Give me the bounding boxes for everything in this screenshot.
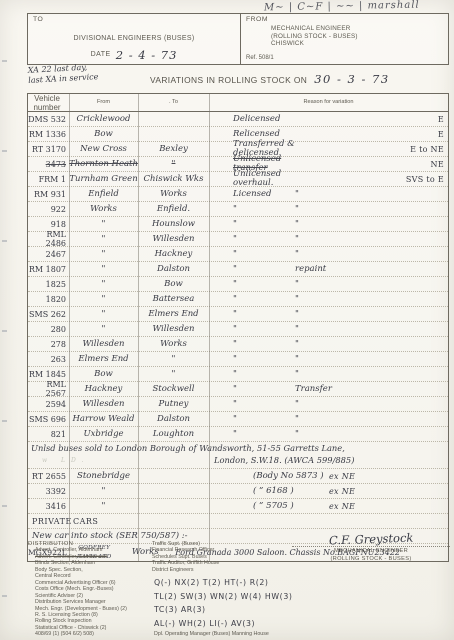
vehicle-number: 278 bbox=[28, 340, 69, 349]
distribution-item: Financial Research Officer bbox=[152, 547, 219, 553]
vehicle-number: 1825 bbox=[28, 280, 69, 289]
reason-extra: " bbox=[295, 205, 400, 214]
status-code: NE bbox=[400, 160, 448, 169]
table-row: RM 1807"Dalston"repaint bbox=[28, 262, 448, 277]
from-address-line: MECHANICAL ENGINEER bbox=[271, 25, 358, 33]
reason-text: Delicensed bbox=[209, 115, 295, 124]
sold-note-row: Unlsd buses sold to London Borough of Wa… bbox=[28, 442, 448, 469]
table-row: RT 2655Stonebridge(Body No 5873 )ex NE bbox=[28, 469, 448, 484]
reason-extra: Transfer bbox=[295, 385, 400, 394]
reason-extra: " bbox=[295, 295, 400, 304]
from-garage: " bbox=[69, 265, 138, 274]
reason-cell: "" bbox=[209, 325, 448, 334]
reason-extra: " bbox=[295, 370, 400, 379]
table-row: SMS 262"Elmers End"" bbox=[28, 307, 448, 322]
reason-cell: DelicensedE bbox=[209, 115, 448, 124]
reason-cell: "" bbox=[209, 220, 448, 229]
signature-block: C.F. Greystock MECHANICAL ENGINEER (ROLL… bbox=[292, 530, 450, 563]
distribution-item: Traffic Auditor, Griffith House bbox=[152, 560, 219, 566]
column-divider bbox=[69, 94, 70, 561]
table-row: 922WorksEnfield."" bbox=[28, 202, 448, 217]
table-row: 3392"( ” 6168 )ex NE bbox=[28, 484, 448, 499]
vehicle-number: RML 2567 bbox=[28, 380, 69, 398]
table-header-row: Vehicle numberFrom. ToReason for variati… bbox=[28, 94, 448, 112]
reason-cell: (Body No 5873 )ex NE bbox=[209, 472, 448, 481]
table-row: RML 2486"Willesden"" bbox=[28, 232, 448, 247]
vehicle-number: 280 bbox=[28, 325, 69, 334]
to-garage: Elmers End bbox=[138, 310, 209, 319]
reason-extra: " bbox=[295, 430, 400, 439]
from-address: MECHANICAL ENGINEER(ROLLING STOCK - BUSE… bbox=[271, 25, 358, 48]
table-row: 3416"( ” 5705 )ex NE bbox=[28, 499, 448, 514]
margin-note: XA 22 last day,last XA in service bbox=[28, 62, 99, 86]
table-row: RM 1845Bow""" bbox=[28, 367, 448, 382]
table-row: FRM 1Turnham GreenChiswick WksUnlicensed… bbox=[28, 172, 448, 187]
from-garage: Willesden bbox=[69, 340, 138, 349]
reason-text: " bbox=[209, 355, 295, 364]
reason-text: " bbox=[209, 295, 295, 304]
to-garage: Hounslow bbox=[138, 220, 209, 229]
from-garage: Hackney bbox=[69, 385, 138, 394]
private-label: PRIVATE bbox=[28, 517, 69, 526]
table-row: 2594WillesdenPutney"" bbox=[28, 397, 448, 412]
binding-mark bbox=[2, 505, 7, 507]
reason-text: Licensed bbox=[209, 190, 295, 199]
title-row: VARIATIONS IN ROLLING STOCK ON 30 - 3 - … bbox=[150, 72, 390, 86]
to-cell: TO DIVISIONAL ENGINEERS (BUSES) DATE2 - … bbox=[28, 14, 241, 64]
to-label: TO bbox=[33, 16, 43, 23]
to-garage: Works bbox=[138, 190, 209, 199]
date-line: DATE2 - 4 - 73 bbox=[28, 46, 240, 64]
column-header: Vehicle number bbox=[28, 94, 69, 112]
reason-cell: ( ” 5705 )ex NE bbox=[209, 502, 448, 511]
reason-cell: "repaint bbox=[209, 265, 448, 274]
reason-text: " bbox=[209, 310, 295, 319]
to-garage: Dalston bbox=[138, 265, 209, 274]
binding-mark bbox=[2, 595, 7, 597]
vehicle-number: 263 bbox=[28, 355, 69, 364]
from-garage: " bbox=[69, 502, 138, 511]
reason-text: " bbox=[209, 220, 295, 229]
from-garage: " bbox=[69, 487, 138, 496]
reason-extra: ex NE bbox=[329, 487, 400, 496]
binding-mark bbox=[2, 150, 7, 152]
from-address-line: (ROLLING STOCK - BUSES) bbox=[271, 33, 358, 41]
from-garage: Uxbridge bbox=[69, 430, 138, 439]
reason-text: " bbox=[209, 205, 295, 214]
reason-cell: "" bbox=[209, 205, 448, 214]
reason-text: ( ” 5705 ) bbox=[209, 502, 329, 511]
reason-extra: " bbox=[295, 415, 400, 424]
to-garage: Works bbox=[138, 340, 209, 349]
scanned-rolling-stock-form: M~ | C~F | ~~ | marshall TO DIVISIONAL E… bbox=[0, 0, 454, 640]
vehicle-number: FRM 1 bbox=[28, 175, 69, 184]
distribution-footer: Dpl. Operating Manager (Buses) Manning H… bbox=[154, 631, 269, 637]
table-row: RM 931EnfieldWorksLicensed" bbox=[28, 187, 448, 202]
from-garage: " bbox=[69, 310, 138, 319]
reason-text: " bbox=[209, 340, 295, 349]
from-address-line: CHISWICK bbox=[271, 40, 358, 48]
reason-cell: "" bbox=[209, 370, 448, 379]
vehicle-number: 3473 bbox=[28, 160, 69, 169]
from-garage: Cricklewood bbox=[69, 115, 138, 124]
reason-cell: "" bbox=[209, 400, 448, 409]
reason-cell: "" bbox=[209, 310, 448, 319]
cars-label: CARS bbox=[69, 517, 142, 526]
from-garage: " bbox=[69, 280, 138, 289]
to-garage: Chiswick Wks bbox=[138, 175, 209, 184]
reason-text: " bbox=[209, 370, 295, 379]
to-garage: " bbox=[138, 355, 209, 364]
table-row: 1825"Bow"" bbox=[28, 277, 448, 292]
column-divider bbox=[209, 94, 210, 561]
signature-line bbox=[292, 546, 450, 547]
distribution-list-left: DISTRIBUTIONAdvert. Controller, Aldenham… bbox=[28, 541, 154, 638]
reason-text: " bbox=[209, 400, 295, 409]
vehicle-number: 922 bbox=[28, 205, 69, 214]
vehicle-number: DMS 532 bbox=[28, 115, 69, 124]
to-garage: Enfield. bbox=[138, 205, 209, 214]
to-garage: " bbox=[138, 160, 209, 169]
from-garage: Elmers End bbox=[69, 355, 138, 364]
top-handwritten-note: M~ | C~F | ~~ | marshall bbox=[264, 0, 420, 13]
column-header: Reason for variation bbox=[209, 98, 448, 107]
vehicle-number: 2467 bbox=[28, 250, 69, 259]
reason-extra: " bbox=[295, 190, 400, 199]
table-row: 918"Hounslow"" bbox=[28, 217, 448, 232]
to-garage: " bbox=[138, 370, 209, 379]
from-label: FROM bbox=[246, 16, 268, 23]
pencil-annotation: w LD. bbox=[42, 457, 90, 464]
from-garage: Turnham Green bbox=[69, 175, 138, 184]
vehicle-number: SMS 262 bbox=[28, 310, 69, 319]
reason-cell: "" bbox=[209, 355, 448, 364]
column-header: From bbox=[69, 98, 138, 107]
reason-cell: "" bbox=[209, 280, 448, 289]
from-garage: " bbox=[69, 325, 138, 334]
reason-extra: " bbox=[295, 280, 400, 289]
form-title: VARIATIONS IN ROLLING STOCK ON bbox=[150, 75, 307, 85]
reason-cell: Unlicensed overhaul.SVS to E bbox=[209, 170, 448, 188]
reason-extra: ex NE bbox=[329, 502, 400, 511]
reason-text: Unlicensed overhaul. bbox=[209, 170, 295, 188]
to-garage: Dalston bbox=[138, 415, 209, 424]
signatory-title: MECHANICAL ENGINEER bbox=[292, 548, 450, 555]
reason-extra: " bbox=[295, 250, 400, 259]
garage-code-notes: Q(-) NX(2) T(2) HT(-) R(2)TL(2) SW(3) WN… bbox=[154, 576, 293, 630]
to-value: DIVISIONAL ENGINEERS (BUSES) bbox=[28, 35, 240, 42]
signatory-subtitle: (ROLLING STOCK - BUSES) bbox=[292, 556, 450, 563]
from-garage: Enfield bbox=[69, 190, 138, 199]
vehicle-number: 1820 bbox=[28, 295, 69, 304]
reason-extra: repaint bbox=[295, 265, 400, 274]
reason-text: ( ” 6168 ) bbox=[209, 487, 329, 496]
to-garage: Bexley bbox=[138, 145, 209, 154]
new-car-note: New car into stock (SER 750/587) :- bbox=[32, 532, 188, 541]
from-garage: Bow bbox=[69, 370, 138, 379]
reason-text: " bbox=[209, 235, 295, 244]
ref-number: Ref. 508/1 bbox=[246, 55, 274, 61]
vehicle-number: 3392 bbox=[28, 487, 69, 496]
column-divider bbox=[138, 94, 139, 561]
garage-code-line: TL(2) SW(3) WN(2) W(4) HW(3) bbox=[154, 590, 293, 604]
distribution-list-middle: Traffic Supt. (Buses)Financial Research … bbox=[152, 541, 219, 573]
vehicle-number: RML 2486 bbox=[28, 230, 69, 248]
vehicle-number: RM 931 bbox=[28, 190, 69, 199]
from-garage: " bbox=[69, 220, 138, 229]
from-garage: Works bbox=[69, 205, 138, 214]
reason-text: " bbox=[209, 325, 295, 334]
date-value: 2 - 4 - 73 bbox=[116, 48, 178, 62]
table-row: 821UxbridgeLoughton"" bbox=[28, 427, 448, 442]
vehicle-number: 821 bbox=[28, 430, 69, 439]
from-cell: FROM MECHANICAL ENGINEER(ROLLING STOCK -… bbox=[241, 14, 448, 64]
vehicle-number: RT 2655 bbox=[28, 472, 69, 481]
reason-extra: ex NE bbox=[329, 472, 400, 481]
reason-text: " bbox=[209, 265, 295, 274]
table-row: 2467"Hackney"" bbox=[28, 247, 448, 262]
to-garage: Willesden bbox=[138, 325, 209, 334]
reason-text: " bbox=[209, 415, 295, 424]
vehicle-number: RT 3170 bbox=[28, 145, 69, 154]
status-code: E to NE bbox=[400, 145, 448, 154]
from-garage: Thornton Heath bbox=[69, 160, 138, 169]
to-garage: Hackney bbox=[138, 250, 209, 259]
status-code: E bbox=[400, 115, 448, 124]
sold-note-line2: London, S.W.18. (AWCA 599/885) bbox=[214, 455, 354, 465]
private-cars-row: PRIVATECARS bbox=[28, 514, 448, 529]
reason-cell: Licensed" bbox=[209, 190, 448, 199]
reason-extra: " bbox=[295, 400, 400, 409]
to-garage: Stockwell bbox=[138, 385, 209, 394]
reason-extra: " bbox=[295, 310, 400, 319]
table-row: 263Elmers End""" bbox=[28, 352, 448, 367]
reason-cell: "" bbox=[209, 295, 448, 304]
sold-note-line1: Unlsd buses sold to London Borough of Wa… bbox=[31, 443, 345, 453]
from-garage: Stonebridge bbox=[69, 472, 138, 481]
distribution-item: 408/69 (1) (504 6/2) 508) bbox=[35, 631, 154, 637]
binding-mark bbox=[2, 330, 7, 332]
reason-text: " bbox=[209, 280, 295, 289]
binding-mark bbox=[2, 240, 7, 242]
reason-extra: " bbox=[295, 235, 400, 244]
distribution-item: District Engineers bbox=[152, 567, 219, 573]
reason-cell: "" bbox=[209, 250, 448, 259]
to-garage: Battersea bbox=[138, 295, 209, 304]
reason-text: " bbox=[209, 430, 295, 439]
vehicle-number: SMS 696 bbox=[28, 415, 69, 424]
signature: C.F. Greystock bbox=[329, 531, 414, 548]
vehicle-number: 2594 bbox=[28, 400, 69, 409]
vehicle-number: RM 1807 bbox=[28, 265, 69, 274]
reason-text: (Body No 5873 ) bbox=[209, 472, 329, 481]
from-garage: Willesden bbox=[69, 400, 138, 409]
reason-extra: " bbox=[295, 220, 400, 229]
from-garage: New Cross bbox=[69, 145, 138, 154]
to-garage: Putney bbox=[138, 400, 209, 409]
reason-cell: ( ” 6168 )ex NE bbox=[209, 487, 448, 496]
reason-cell: RelicensedE bbox=[209, 130, 448, 139]
reason-text: Relicensed bbox=[209, 130, 295, 139]
reason-extra: " bbox=[295, 340, 400, 349]
from-garage: " bbox=[69, 250, 138, 259]
reason-cell: "" bbox=[209, 340, 448, 349]
garage-code-line: TC(3) AR(3) bbox=[154, 603, 293, 617]
reason-text: " bbox=[209, 385, 295, 394]
reason-extra: " bbox=[295, 355, 400, 364]
reason-cell: "" bbox=[209, 235, 448, 244]
binding-mark bbox=[2, 420, 7, 422]
table-row: 278WillesdenWorks"" bbox=[28, 337, 448, 352]
reason-cell: "" bbox=[209, 430, 448, 439]
vehicle-number: 3416 bbox=[28, 502, 69, 511]
binding-mark bbox=[2, 60, 7, 62]
from-garage: Harrow Weald bbox=[69, 415, 138, 424]
variations-table: Vehicle numberFrom. ToReason for variati… bbox=[27, 93, 449, 562]
column-header: . To bbox=[138, 98, 209, 107]
vehicle-number: RM 1845 bbox=[28, 370, 69, 379]
reason-cell: "" bbox=[209, 415, 448, 424]
vehicle-number: RM 1336 bbox=[28, 130, 69, 139]
from-garage: " bbox=[69, 295, 138, 304]
table-row: 1820"Battersea"" bbox=[28, 292, 448, 307]
reason-extra: " bbox=[295, 325, 400, 334]
status-code: SVS to E bbox=[400, 175, 448, 184]
date-label: DATE bbox=[91, 51, 111, 58]
from-garage: " bbox=[69, 235, 138, 244]
to-garage: Willesden bbox=[138, 235, 209, 244]
reason-text: " bbox=[209, 250, 295, 259]
status-code: E bbox=[400, 130, 448, 139]
garage-code-line: AL(-) WH(2) LI(-) AV(3) bbox=[154, 617, 293, 631]
reason-cell: "Transfer bbox=[209, 385, 448, 394]
to-garage: Bow bbox=[138, 280, 209, 289]
table-row: SMS 696Harrow WealdDalston"" bbox=[28, 412, 448, 427]
garage-code-line: Q(-) NX(2) T(2) HT(-) R(2) bbox=[154, 576, 293, 590]
table-row: DMS 532CricklewoodDelicensedE bbox=[28, 112, 448, 127]
title-date: 30 - 3 - 73 bbox=[314, 72, 389, 86]
to-garage: Loughton bbox=[138, 430, 209, 439]
vehicle-number: 918 bbox=[28, 220, 69, 229]
address-header: TO DIVISIONAL ENGINEERS (BUSES) DATE2 - … bbox=[27, 13, 449, 65]
table-row: 280"Willesden"" bbox=[28, 322, 448, 337]
from-garage: Bow bbox=[69, 130, 138, 139]
table-row: RML 2567HackneyStockwell"Transfer bbox=[28, 382, 448, 397]
